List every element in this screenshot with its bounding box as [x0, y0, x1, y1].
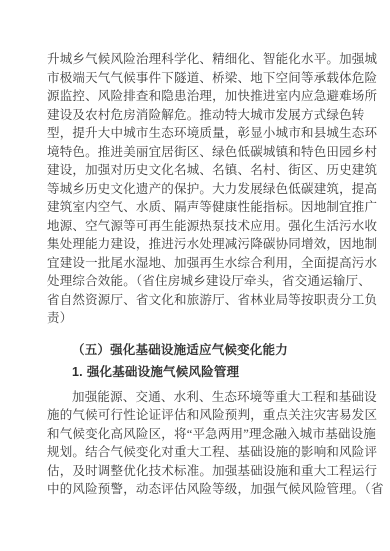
body-text-line: 省自然资源厅、省文化和旅游厅、省林业局等按职责分工负 — [47, 291, 347, 310]
body-text-line: 地源、空气源等可再生能源热泵技术应用。强化生活污水收 — [47, 217, 347, 236]
body-text-line: 估，及时调整优化技术标准。加强基础设施和重大工程运行 — [47, 462, 347, 481]
body-text-line: 等城乡历史文化遗产的保护。大力发展绿色低碳建筑，提高 — [47, 180, 347, 199]
body-text-line: 处理综合效能。（省住房城乡建设厅牵头，省交通运输厅、 — [47, 272, 347, 291]
numbered-heading-text: 强化基础设施气候风险管理 — [87, 365, 239, 379]
body-text-line: 宜建设一批尾水湿地、加强再生水综合利用，全面提高污水 — [47, 254, 347, 273]
body-text-line: 升城乡气候风险治理科学化、精细化、智能化水平。加强城 — [47, 50, 347, 69]
body-text-line: 市极端天气气候事件下隧道、桥梁、地下空间等承载体危险 — [47, 69, 347, 88]
body-text-line: 集处理能力建设，推进污水处理减污降碳协同增效，因地制 — [47, 235, 347, 254]
numbered-heading: 1.强化基础设施气候风险管理 — [47, 363, 347, 382]
document-text-block: 升城乡气候风险治理科学化、精细化、智能化水平。加强城 市极端天气气候事件下隧道、… — [47, 50, 347, 499]
section-heading: （五）强化基础设施适应气候变化能力 — [47, 341, 347, 360]
body-text-line: 源监控、风险排查和隐患治理，加快推进室内应急避难场所 — [47, 87, 347, 106]
document-page: 升城乡气候风险治理科学化、精细化、智能化水平。加强城 市极端天气气候事件下隧道、… — [0, 0, 390, 551]
paragraph-body: 加强能源、交通、水利、生态环境等重大工程和基础设 施的气候可行性论证评估和风险预… — [47, 388, 347, 499]
body-text-line: 建筑室内空气、水质、隔声等健康性能指标。因地制宜推广 — [47, 198, 347, 217]
body-text-line: 建设及农村危房消险解危。推动特大城市发展方式绿色转 — [47, 106, 347, 125]
body-text-line: 加强能源、交通、水利、生态环境等重大工程和基础设 — [47, 388, 347, 407]
paragraph-continuation: 升城乡气候风险治理科学化、精细化、智能化水平。加强城 市极端天气气候事件下隧道、… — [47, 50, 347, 328]
numbered-heading-number: 1. — [72, 365, 83, 379]
body-text-line: 中的风险预警，动态评估风险等级，加强气候风险管理。（省 — [47, 480, 347, 499]
body-text-line: 责） — [47, 309, 347, 328]
body-text-line: 规划。结合气候变化对重大工程、基础设施的影响和风险评 — [47, 443, 347, 462]
body-text-line: 型，提升大中城市生态环境质量，彰显小城市和县城生态环 — [47, 124, 347, 143]
body-text-line: 建设，加强对历史文化名城、名镇、名村、街区、历史建筑 — [47, 161, 347, 180]
body-text-line: 境特色。推进美丽宜居街区、绿色低碳城镇和特色田园乡村 — [47, 143, 347, 162]
body-text-line: 和气候变化高风险区，将“平急两用”理念融入城市基础设施 — [47, 425, 347, 444]
body-text-line: 施的气候可行性论证评估和风险预判，重点关注灾害易发区 — [47, 406, 347, 425]
